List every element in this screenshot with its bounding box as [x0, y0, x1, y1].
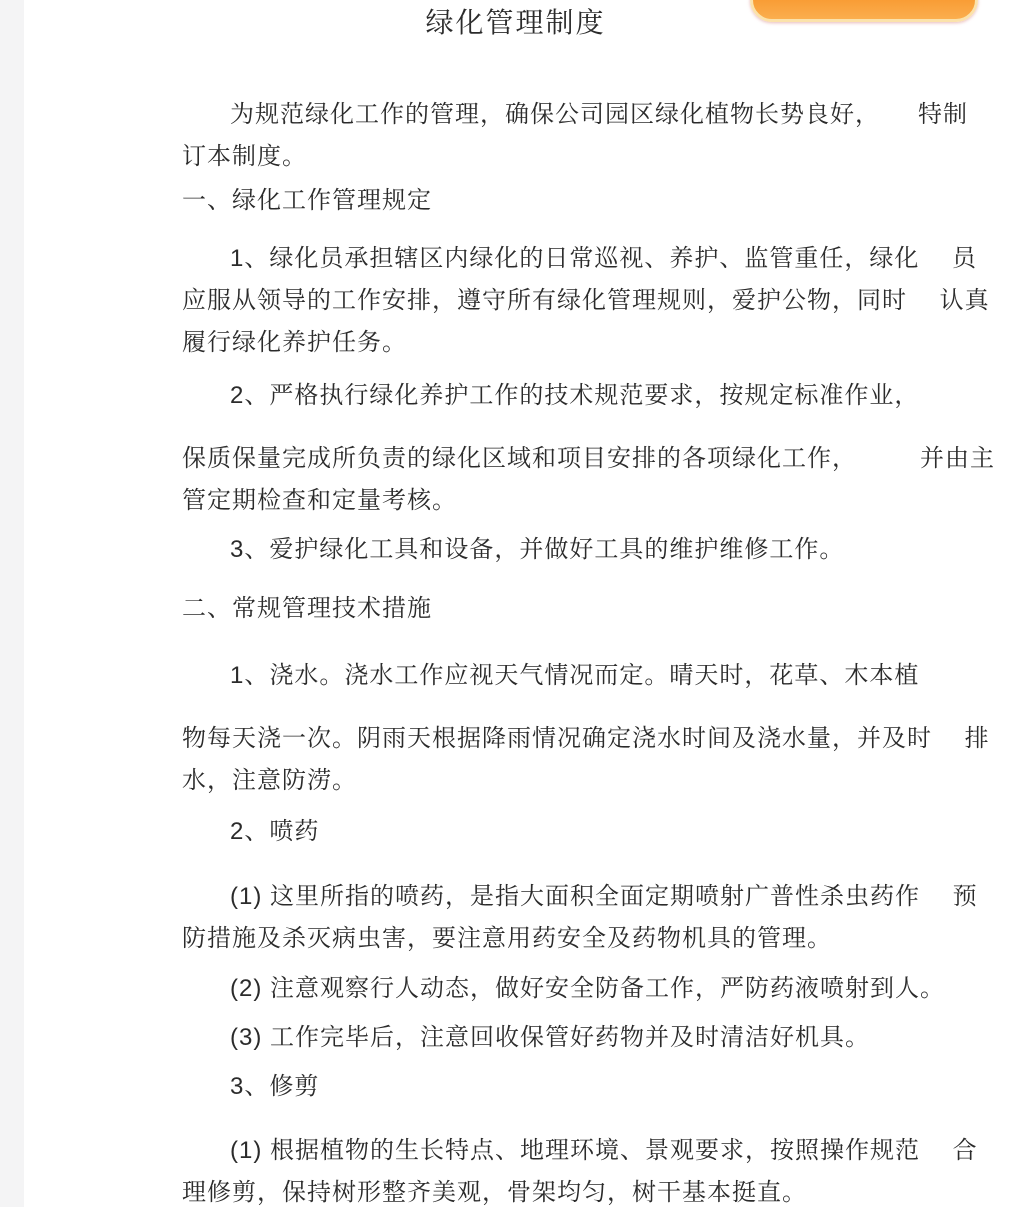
doc-line: 应服从领导的工作安排，遵守所有绿化管理规则，爱护公物，同时 认真	[182, 280, 1002, 322]
doc-line: 保质保量完成所负责的绿化区域和项目安排的各项绿化工作， 并由主	[182, 438, 1002, 480]
doc-line: 1、浇水。浇水工作应视天气情况而定。晴天时，花草、木本植	[182, 655, 1002, 697]
doc-line: 物每天浇一次。阴雨天根据降雨情况确定浇水时间及浇水量，并及时 排	[182, 718, 1002, 760]
doc-line: (2) 注意观察行人动态，做好安全防备工作，严防药液喷射到人。	[182, 968, 1002, 1010]
document-page: 绿化管理制度 为规范绿化工作的管理，确保公司园区绿化植物长势良好， 特制 订本制…	[0, 0, 1031, 1207]
doc-line: 2、严格执行绿化养护工作的技术规范要求，按规定标准作业，	[182, 375, 1002, 417]
doc-line: 1、绿化员承担辖区内绿化的日常巡视、养护、监管重任，绿化 员	[182, 238, 1002, 280]
doc-line: (1) 根据植物的生长特点、地理环境、景观要求，按照操作规范 合	[182, 1130, 1002, 1172]
doc-line: 2、喷药	[182, 811, 1002, 853]
doc-line: 管定期检查和定量考核。	[182, 480, 1002, 522]
doc-line: 3、修剪	[182, 1066, 1002, 1108]
doc-line: 订本制度。	[182, 136, 1002, 178]
doc-line: 履行绿化养护任务。	[182, 322, 1002, 364]
page-left-gutter	[0, 0, 24, 1207]
doc-line: 为规范绿化工作的管理，确保公司园区绿化植物长势良好， 特制	[182, 94, 1002, 136]
doc-line: (3) 工作完毕后，注意回收保管好药物并及时清洁好机具。	[182, 1017, 1002, 1059]
orange-pill-button[interactable]	[750, 0, 978, 22]
document-body: 为规范绿化工作的管理，确保公司园区绿化植物长势良好， 特制 订本制度。 一、绿化…	[182, 94, 1002, 1207]
doc-line: 理修剪，保持树形整齐美观，骨架均匀，树干基本挺直。	[182, 1172, 1002, 1207]
doc-line: 3、爱护绿化工具和设备，并做好工具的维护维修工作。	[182, 529, 1002, 571]
section-heading: 一、绿化工作管理规定	[182, 180, 1002, 222]
section-heading: 二、常规管理技术措施	[182, 588, 1002, 630]
doc-line: 防措施及杀灭病虫害，要注意用药安全及药物机具的管理。	[182, 918, 1002, 960]
doc-line: 水，注意防涝。	[182, 760, 1002, 802]
doc-line: (1) 这里所指的喷药，是指大面积全面定期喷射广普性杀虫药作 预	[182, 876, 1002, 918]
